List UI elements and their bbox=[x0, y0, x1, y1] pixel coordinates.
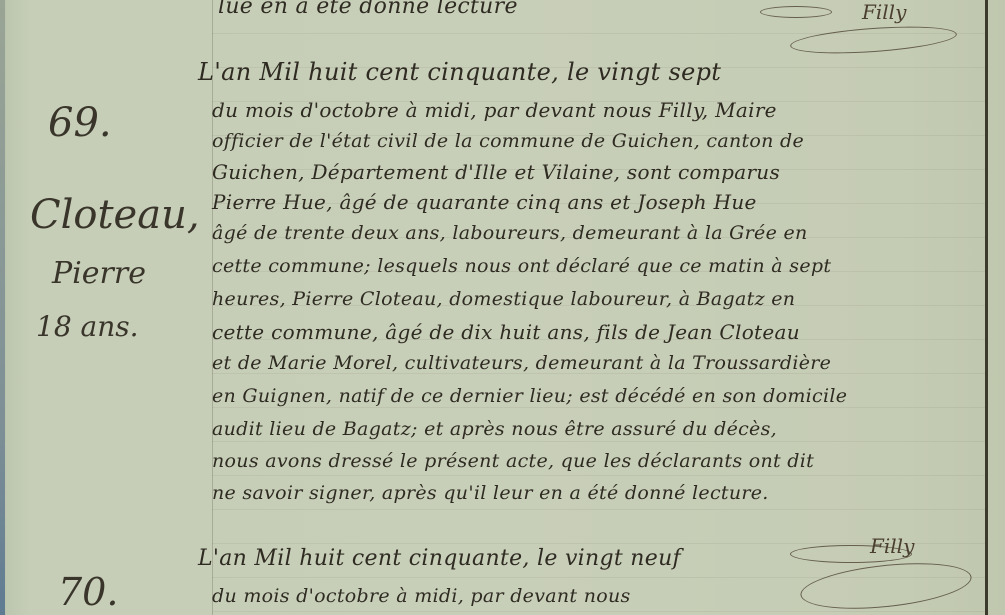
entry-number: 69. bbox=[48, 100, 112, 146]
record-line: heures, Pierre Cloteau, domestique labou… bbox=[212, 288, 795, 310]
record-line: ne savoir signer, après qu'il leur en a … bbox=[212, 482, 769, 504]
record-line: officier de l'état civil de la commune d… bbox=[212, 130, 804, 152]
right-border-rule bbox=[985, 0, 988, 615]
record-line: Pierre Hue, âgé de quarante cinq ans et … bbox=[212, 190, 757, 214]
record-line: du mois d'octobre à midi, par devant nou… bbox=[212, 585, 631, 607]
page-edge bbox=[0, 0, 5, 615]
deceased-given-name: Pierre bbox=[52, 256, 146, 291]
record-line: nous avons dressé le présent acte, que l… bbox=[212, 450, 814, 472]
record-line: et de Marie Morel, cultivateurs, demeura… bbox=[212, 352, 831, 374]
record-line: cette commune; lesquels nous ont déclaré… bbox=[212, 255, 831, 277]
entry-number: 70. bbox=[58, 570, 118, 614]
record-line: du mois d'octobre à midi, par devant nou… bbox=[212, 98, 777, 122]
record-line: audit lieu de Bagatz; et après nous être… bbox=[212, 418, 777, 440]
record-line: L'an Mil huit cent cinquante, le vingt s… bbox=[198, 58, 721, 86]
deceased-surname: Cloteau, bbox=[30, 192, 200, 238]
mayor-signature: Filly bbox=[870, 534, 914, 558]
mayor-signature-top: Filly bbox=[862, 0, 906, 24]
record-line: Guichen, Département d'Ille et Vilaine, … bbox=[212, 160, 780, 184]
record-line: en Guignen, natif de ce dernier lieu; es… bbox=[212, 385, 847, 407]
register-page: lue en a été donné lecture Filly 69. Clo… bbox=[0, 0, 1005, 615]
record-line: L'an Mil huit cent cinquante, le vingt n… bbox=[198, 546, 681, 571]
previous-entry-closing-line: lue en a été donné lecture bbox=[218, 0, 518, 19]
record-line: âgé de trente deux ans, laboureurs, deme… bbox=[212, 222, 808, 244]
record-line: cette commune, âgé de dix huit ans, fils… bbox=[212, 320, 800, 344]
deceased-age: 18 ans. bbox=[36, 310, 139, 343]
signature-flourish bbox=[760, 6, 832, 18]
